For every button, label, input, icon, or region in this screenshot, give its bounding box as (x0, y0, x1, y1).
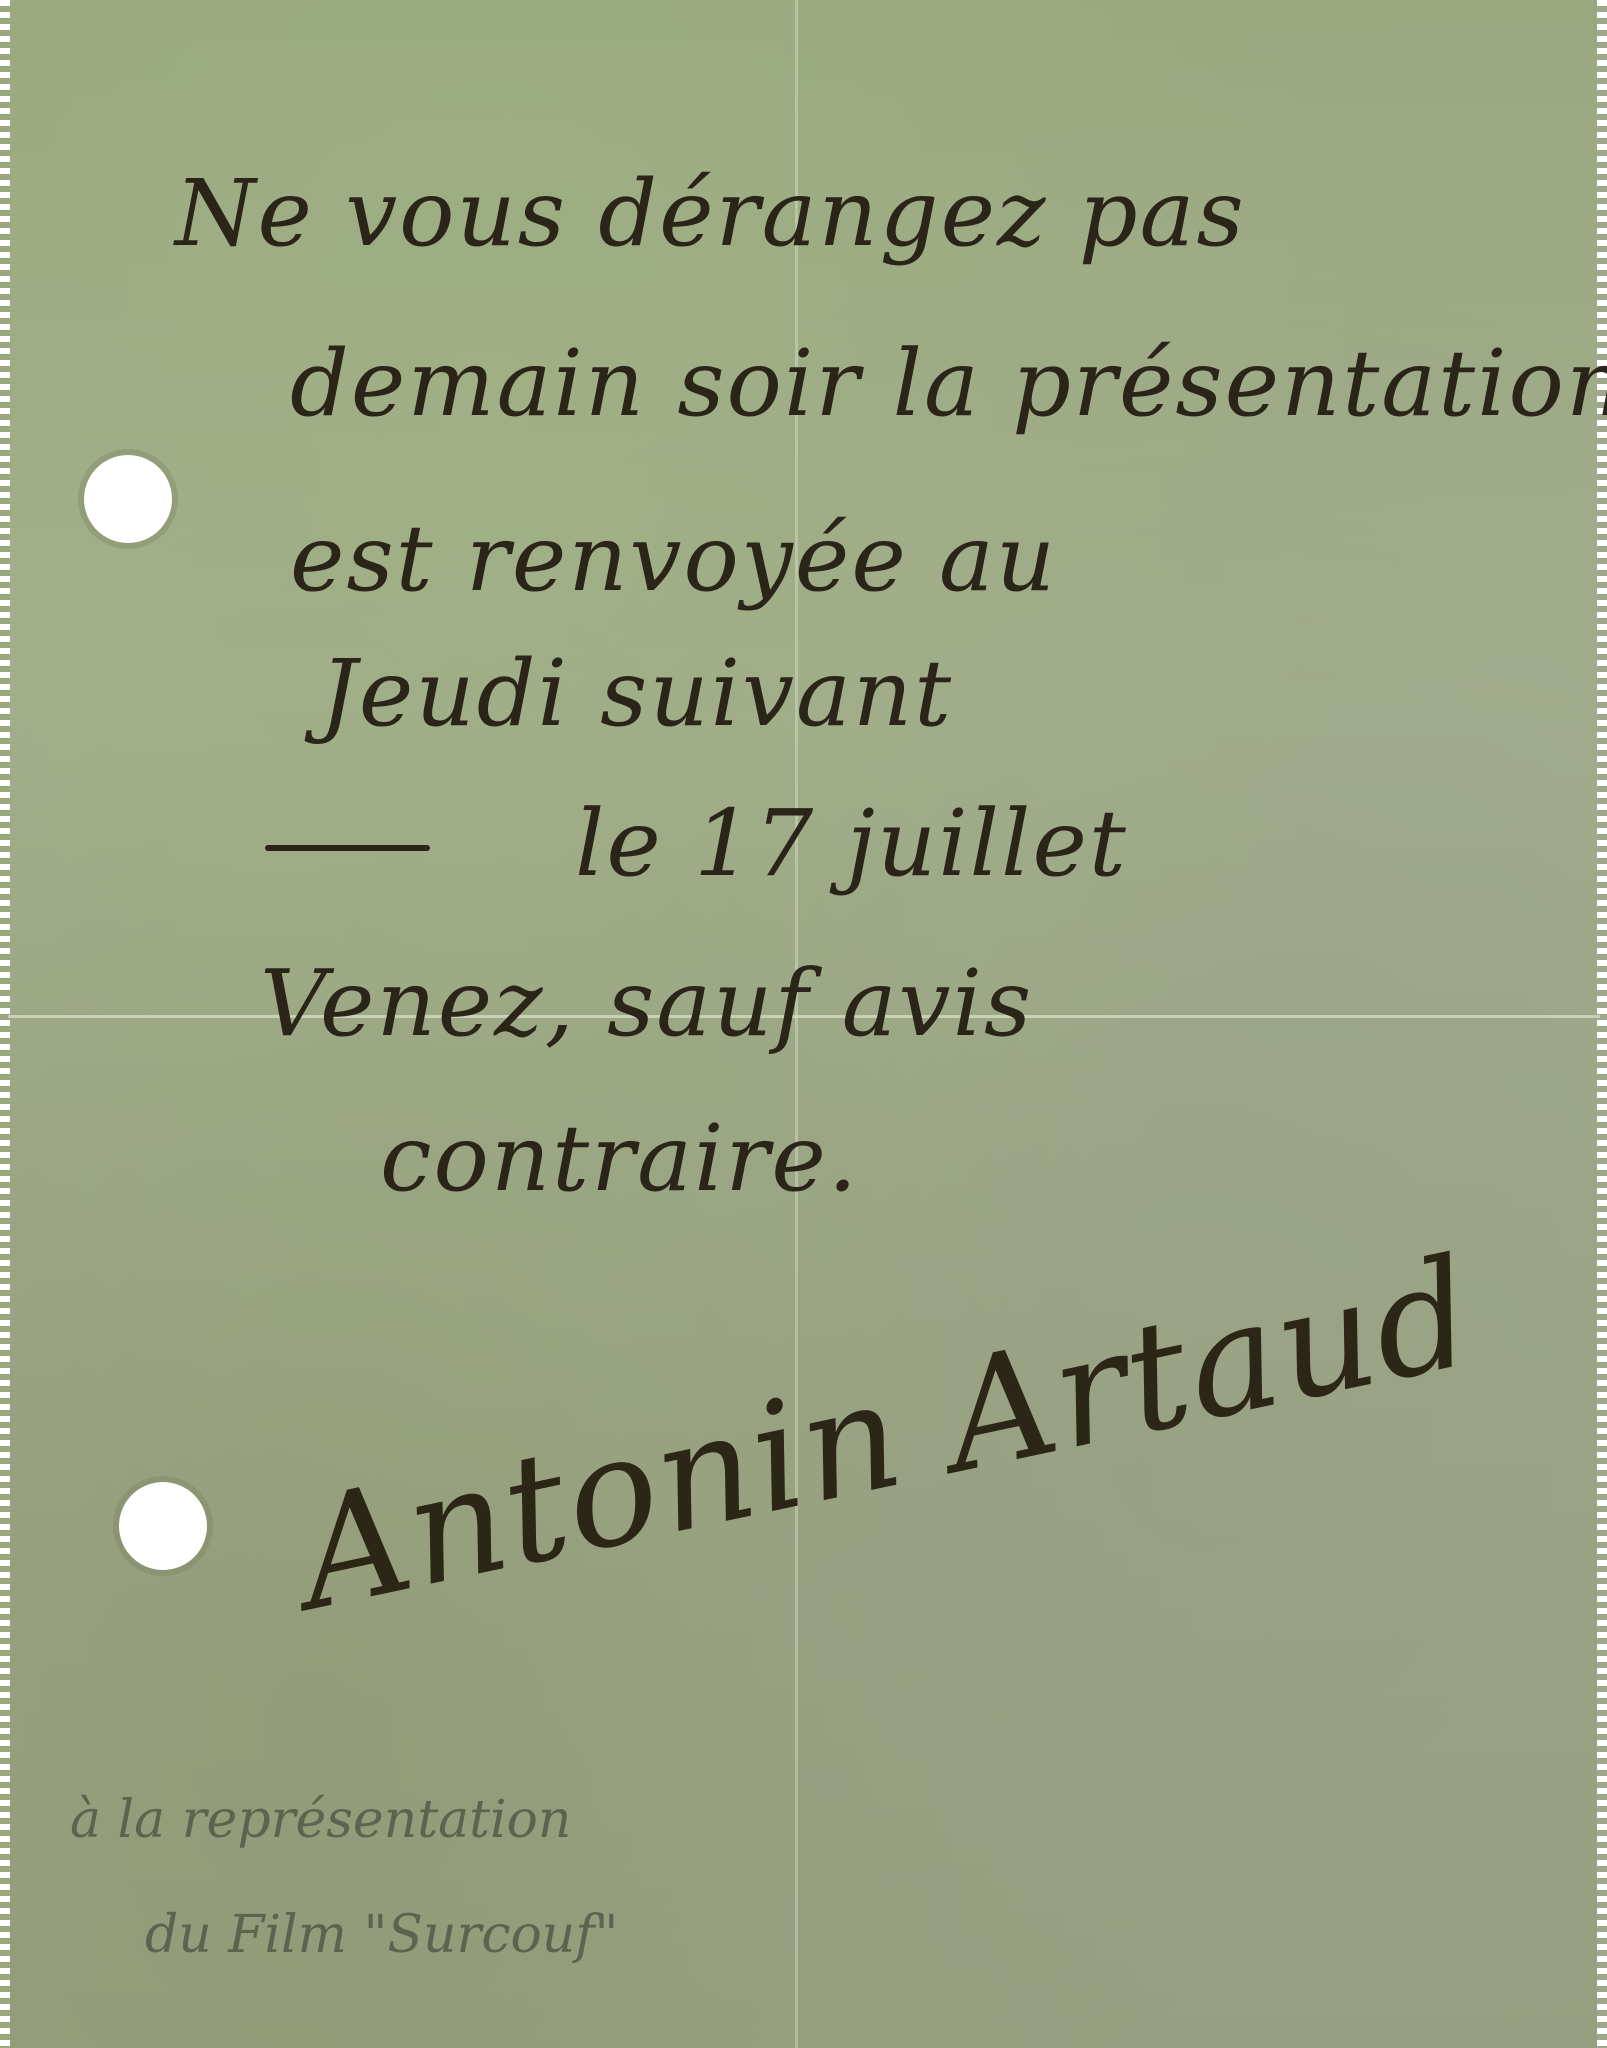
letter-line-2: demain soir la présentation (290, 330, 1607, 437)
punch-hole-top (84, 455, 172, 543)
punch-hole-bottom (119, 1482, 207, 1570)
pencil-note-line-1: à la représentation (70, 1790, 571, 1850)
deckled-edge-right (1597, 0, 1607, 2048)
letter-line-3: est renvoyée au (290, 505, 1057, 612)
deckled-edge-left (0, 0, 10, 2048)
letter-line-7: contraire. (380, 1105, 859, 1212)
letter-line-1: Ne vous dérangez pas (175, 160, 1246, 267)
letter-line-6: Venez, sauf avis (260, 950, 1033, 1057)
em-dash (265, 845, 430, 851)
letter-line-4: Jeudi suivant (320, 640, 953, 747)
letter-line-5: le 17 juillet (575, 790, 1128, 897)
pencil-note-line-2: du Film "Surcouf" (145, 1905, 618, 1965)
